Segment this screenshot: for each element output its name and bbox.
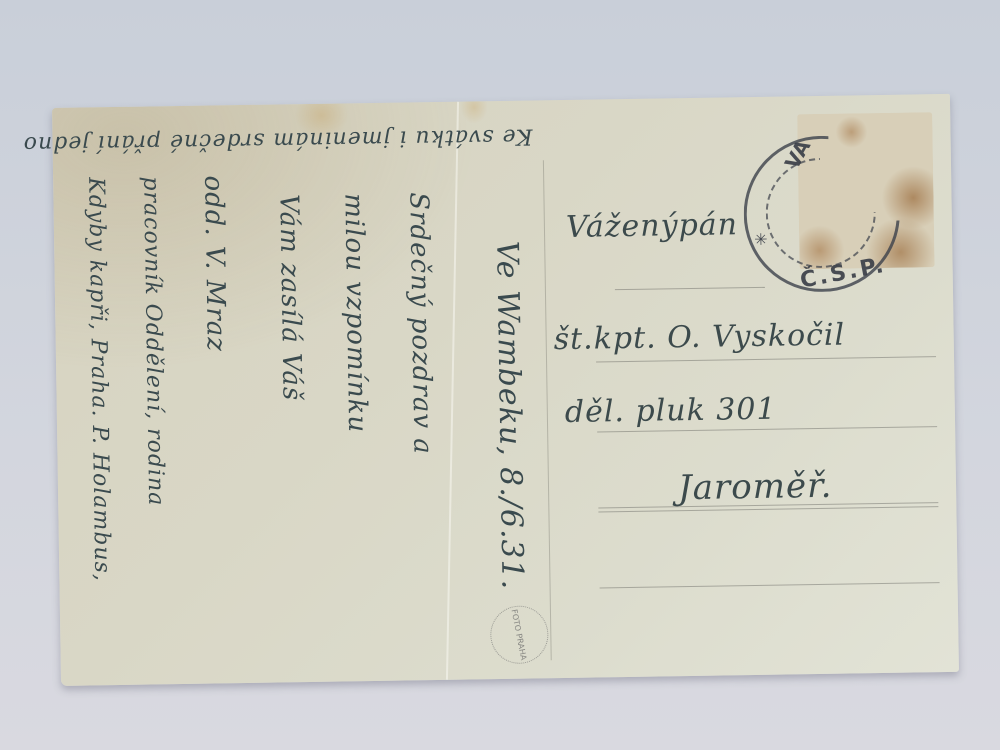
postmark-star-icon: ✳ (754, 230, 768, 249)
address-line-1: št.kpt. O. Vyskočil (553, 318, 845, 358)
center-divider (543, 160, 552, 660)
message-line-1: Srdečný pozdrav a (403, 192, 437, 455)
postcard: VA ✳ Č.S.P. Váženýpán št.kpt. O. Vyskoči… (52, 94, 959, 686)
address-line-3: Jaroměř. (678, 466, 833, 508)
address-salutation: Váženýpán (566, 207, 739, 245)
message-line-6: Kdyby kapři, Praha. P. Holambus, (83, 177, 114, 582)
publisher-mark-text: FOTO PRAHA (510, 609, 529, 661)
message-line-4: odd. V. Mraz (198, 175, 231, 352)
message-line-2: milou vzpomínku (338, 193, 372, 433)
address-rule (615, 287, 765, 290)
message-date-line: Ve Wambeku, 8./6.31. (489, 241, 529, 591)
fold-crease (446, 102, 459, 680)
message-line-5: pracovník Oddělení, rodina (138, 176, 168, 506)
publisher-mark: FOTO PRAHA (485, 601, 553, 669)
address-line-2: děl. pluk 301 (565, 392, 777, 430)
address-rule (596, 356, 936, 362)
address-rule (600, 582, 940, 588)
message-line-3: Vám zasílá Váš (273, 194, 306, 401)
